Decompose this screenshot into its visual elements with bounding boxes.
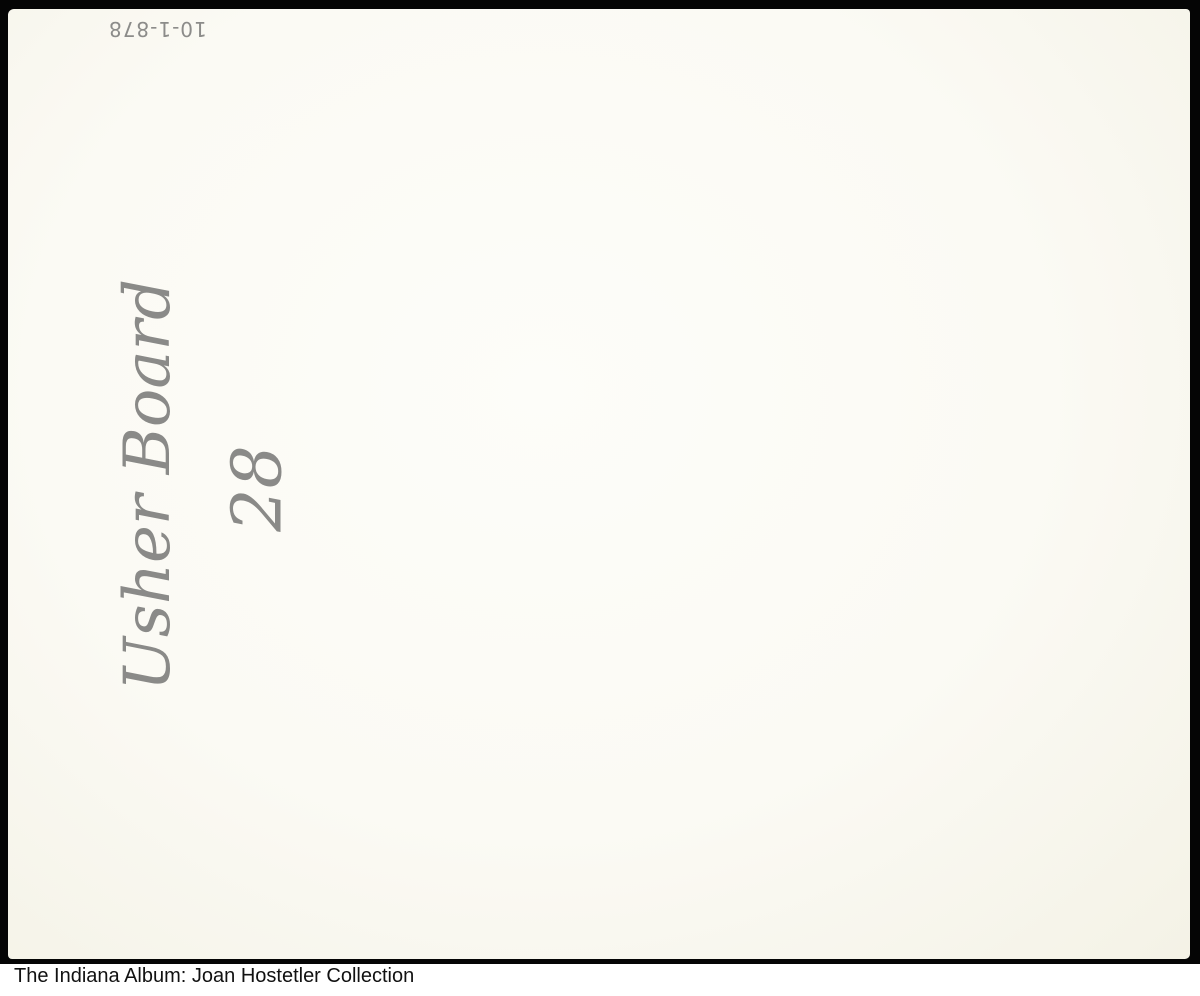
reference-number: 10-1-878	[108, 17, 207, 41]
photo-back-paper: 10-1-878 Usher Board 28	[8, 9, 1190, 959]
scan-background: 10-1-878 Usher Board 28	[0, 0, 1200, 964]
inscription-title: Usher Board	[111, 291, 185, 691]
inscription-number: 28	[219, 424, 298, 554]
collection-caption: The Indiana Album: Joan Hostetler Collec…	[14, 965, 414, 988]
